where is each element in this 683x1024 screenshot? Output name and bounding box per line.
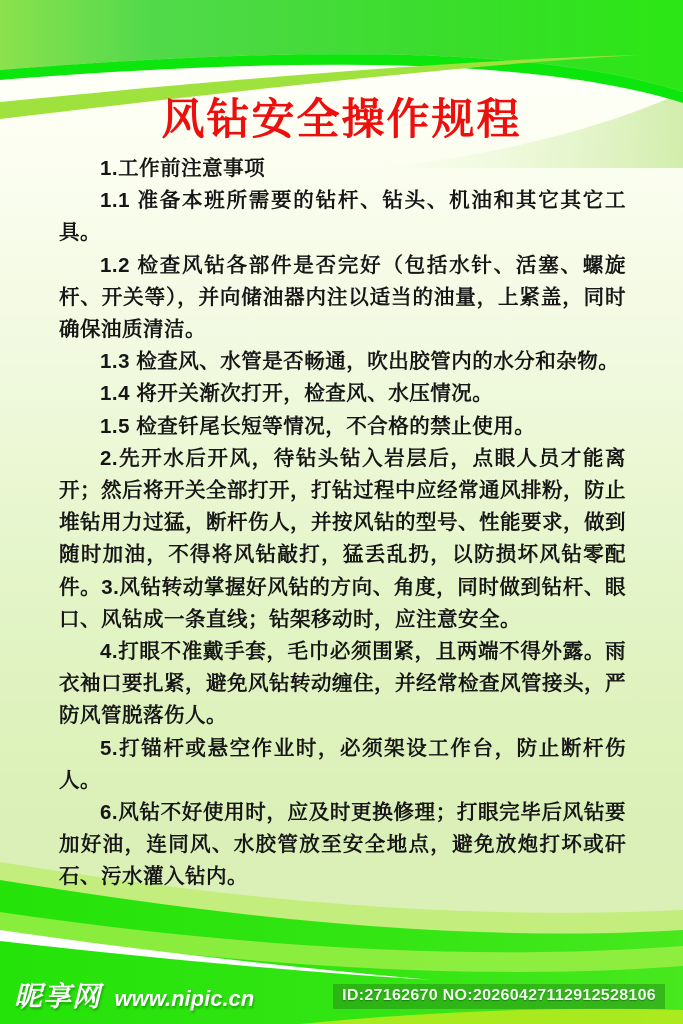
page-title: 风钻安全操作规程 bbox=[0, 86, 683, 147]
site-logo-text: 昵享网 bbox=[14, 981, 101, 1012]
procedure-paragraph: 6.风钻不好使用时，应及时更换修理；打眼完毕后风钻要加好油，连同风、水胶管放至安… bbox=[59, 797, 626, 894]
procedure-text-block: 1.工作前注意事项 1.1 准备本班所需要的钻杆、钻头、机油和其它其它工具。 1… bbox=[59, 153, 626, 894]
procedure-paragraph: 5.打锚杆或悬空作业时，必须架设工作台，防止断杆伤人。 bbox=[59, 733, 626, 797]
image-id-badge: ID:27162670 NO:20260427112912528106 bbox=[333, 984, 665, 1009]
procedure-paragraph: 4.打眼不准戴手套，毛巾必须围紧，且两端不得外露。雨衣袖口要扎紧，避免风钻转动缠… bbox=[59, 636, 626, 733]
safety-procedure-poster: 风钻安全操作规程 1.工作前注意事项 1.1 准备本班所需要的钻杆、钻头、机油和… bbox=[0, 0, 683, 1024]
procedure-paragraph: 1.3 检查风、水管是否畅通，吹出胶管内的水分和杂物。 bbox=[59, 346, 626, 378]
procedure-paragraph: 1.1 准备本班所需要的钻杆、钻头、机油和其它其它工具。 bbox=[59, 185, 626, 249]
procedure-paragraph: 2.先开水后开风，待钻头钻入岩层后，点眼人员才能离开；然后将开关全部打开，打钻过… bbox=[59, 443, 626, 636]
site-watermark: 昵享网 www.nipic.cn bbox=[14, 975, 254, 1015]
footer-bar: 昵享网 www.nipic.cn ID:27162670 NO:20260427… bbox=[0, 972, 683, 1024]
procedure-paragraph: 1.5 检查钎尾长短等情况，不合格的禁止使用。 bbox=[59, 411, 626, 443]
procedure-paragraph: 1.2 检查风钻各部件是否完好（包括水针、活塞、螺旋杆、开关等），并向储油器内注… bbox=[59, 250, 626, 347]
section-heading: 1.工作前注意事项 bbox=[59, 153, 626, 185]
site-url-text: www.nipic.cn bbox=[114, 986, 254, 1011]
procedure-paragraph: 1.4 将开关渐次打开，检查风、水压情况。 bbox=[59, 378, 626, 410]
